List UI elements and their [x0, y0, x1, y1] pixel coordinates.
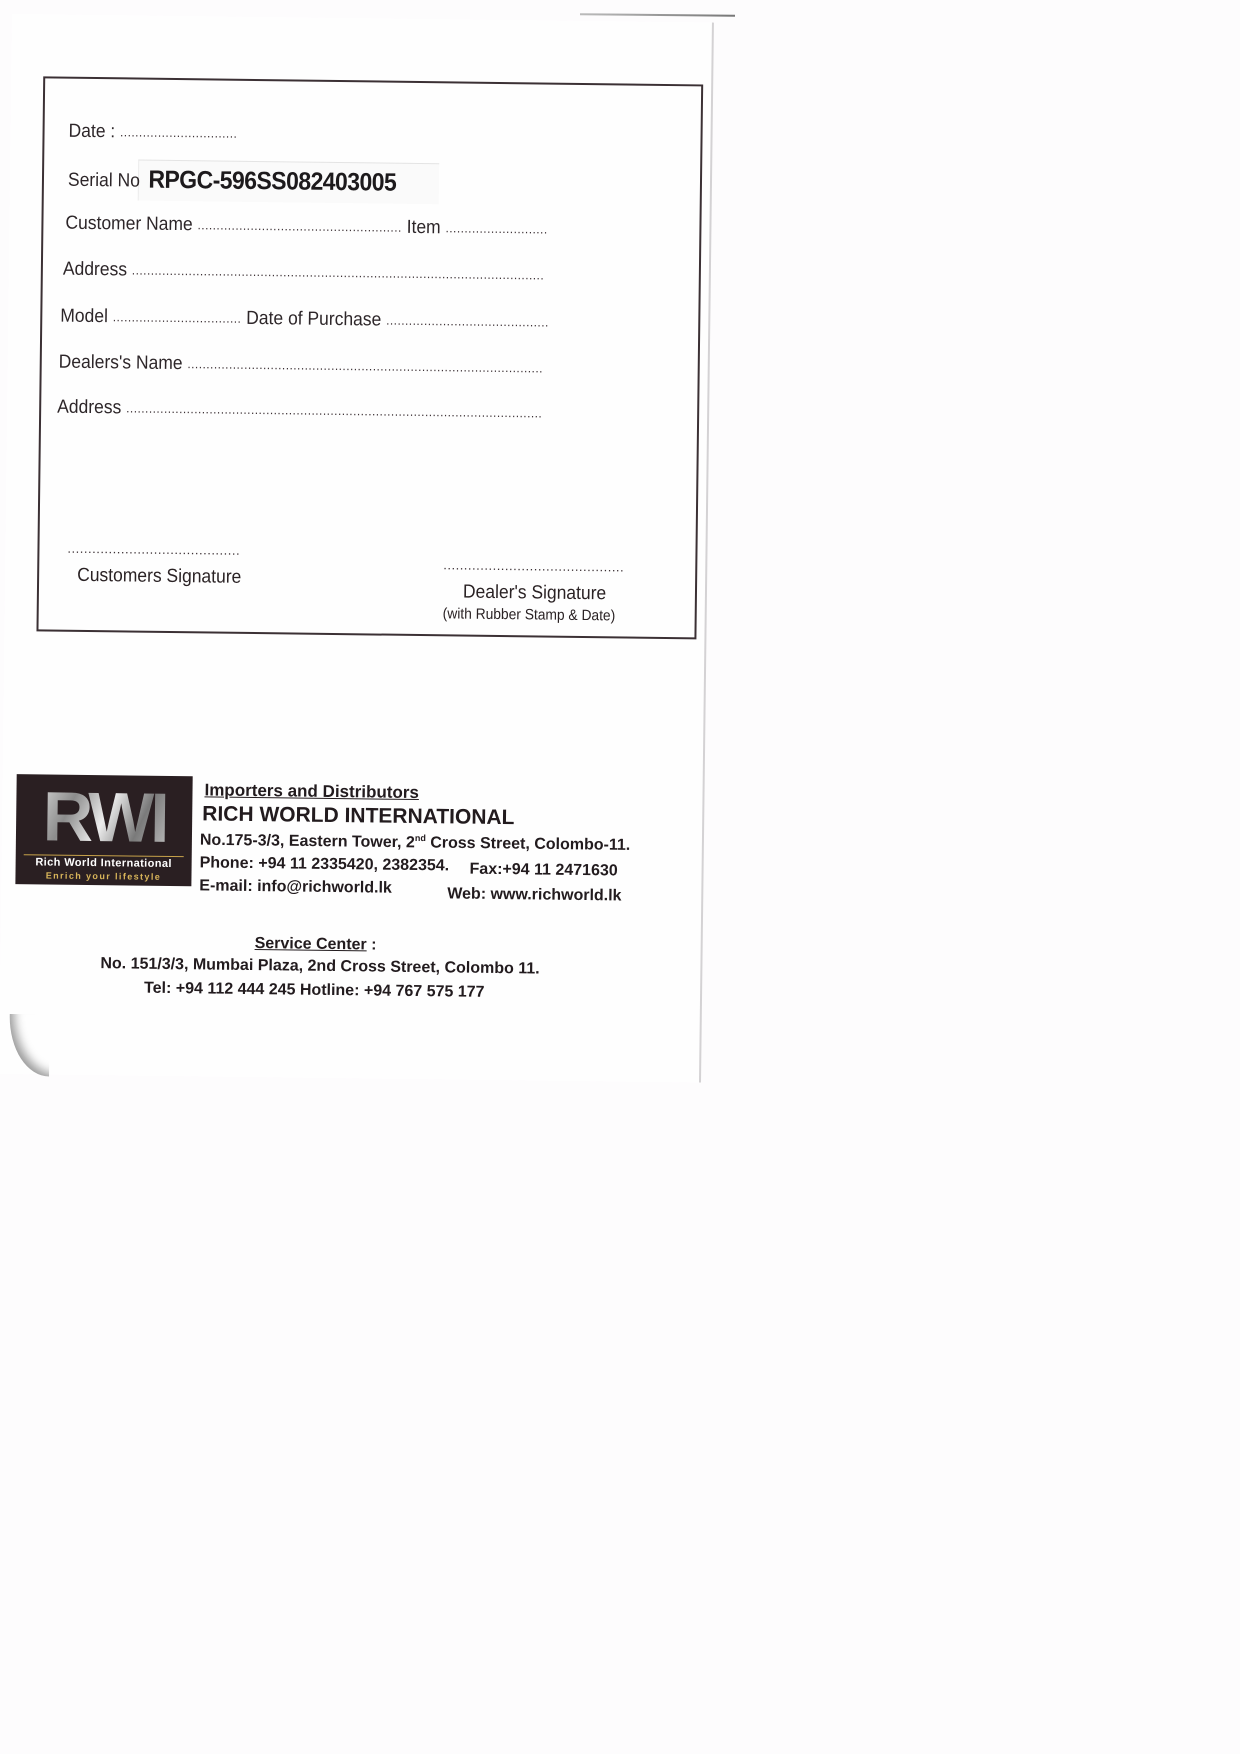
distributor-address-prefix: No.175-3/3, Eastern Tower, 2 [200, 832, 415, 852]
dealer-address-field[interactable]: Address ................................… [57, 397, 542, 425]
customer-name-dotted-line[interactable]: ........................................… [197, 217, 401, 234]
customer-address-field[interactable]: Address ................................… [63, 259, 545, 287]
distributor-company-name: RICH WORLD INTERNATIONAL [202, 802, 515, 830]
service-center-colon: : [367, 936, 377, 953]
service-center-heading: Service Center : [255, 935, 377, 954]
warranty-card-sheet: Date : ............................... S… [0, 14, 714, 1082]
dealer-signature-label: Dealer's Signature [463, 582, 607, 606]
customer-signature-line[interactable]: ........................................… [67, 541, 240, 558]
service-center-address: No. 151/3/3, Mumbai Plaza, 2nd Cross Str… [100, 955, 539, 978]
customer-address-dotted-line[interactable]: ........................................… [132, 262, 544, 282]
rwi-logo: RWI Rich World International Enrich your… [15, 774, 192, 886]
distributor-address-suffix: Cross Street, Colombo-11. [426, 834, 631, 853]
date-label: Date : [68, 121, 115, 143]
logo-letters: RWI [24, 778, 185, 856]
dealer-address-dotted-line[interactable]: ........................................… [126, 400, 542, 420]
date-of-purchase-label: Date of Purchase [246, 308, 381, 331]
dealer-address-label: Address [57, 397, 121, 419]
date-field[interactable]: Date : ............................... [68, 121, 237, 145]
dealer-name-label: Dealers's Name [59, 352, 183, 375]
dealer-name-dotted-line[interactable]: ........................................… [187, 356, 543, 375]
service-center-contact: Tel: +94 112 444 245 Hotline: +94 767 57… [144, 980, 485, 1002]
model-dotted-line[interactable]: .................................. [113, 309, 242, 326]
distributor-heading: Importers and Distributors [204, 780, 419, 803]
customer-address-label: Address [63, 259, 127, 281]
date-dotted-line[interactable]: ............................... [120, 124, 237, 140]
warranty-form: Date : ............................... S… [36, 76, 703, 639]
paper-corner-shadow [9, 1014, 50, 1076]
distributor-address: No.175-3/3, Eastern Tower, 2nd Cross Str… [200, 830, 631, 855]
serial-label: Serial No [68, 170, 140, 192]
model-purchase-field[interactable]: Model ..................................… [60, 306, 549, 334]
service-center-title: Service Center [255, 935, 367, 953]
item-dotted-line[interactable]: ........................... [445, 220, 547, 236]
customer-name-field[interactable]: Customer Name ..........................… [65, 213, 547, 241]
item-label: Item [407, 217, 441, 238]
serial-number: RPGC-596SS082403005 [148, 166, 396, 197]
dealer-signature-line[interactable]: ........................................… [443, 557, 624, 574]
model-label: Model [60, 306, 108, 328]
logo-tagline: Enrich your lifestyle [15, 870, 191, 882]
distributor-address-ordinal: nd [415, 833, 426, 843]
dealer-signature-note: (with Rubber Stamp & Date) [443, 605, 616, 624]
distributor-email[interactable]: E-mail: info@richworld.lk [199, 877, 392, 897]
distributor-fax: Fax:+94 11 2471630 [469, 861, 617, 881]
logo-company-name: Rich World International [16, 856, 192, 870]
customer-signature-label: Customers Signature [77, 565, 241, 589]
serial-field: Serial No RPGC-596SS082403005 [68, 165, 397, 198]
dealer-name-field[interactable]: Dealers's Name .........................… [59, 352, 543, 380]
date-of-purchase-dotted-line[interactable]: ........................................… [386, 313, 549, 330]
customer-name-label: Customer Name [65, 213, 193, 236]
distributor-website[interactable]: Web: www.richworld.lk [447, 885, 621, 905]
paper-top-edge [580, 13, 735, 17]
distributor-phone: Phone: +94 11 2335420, 2382354. [200, 854, 450, 875]
